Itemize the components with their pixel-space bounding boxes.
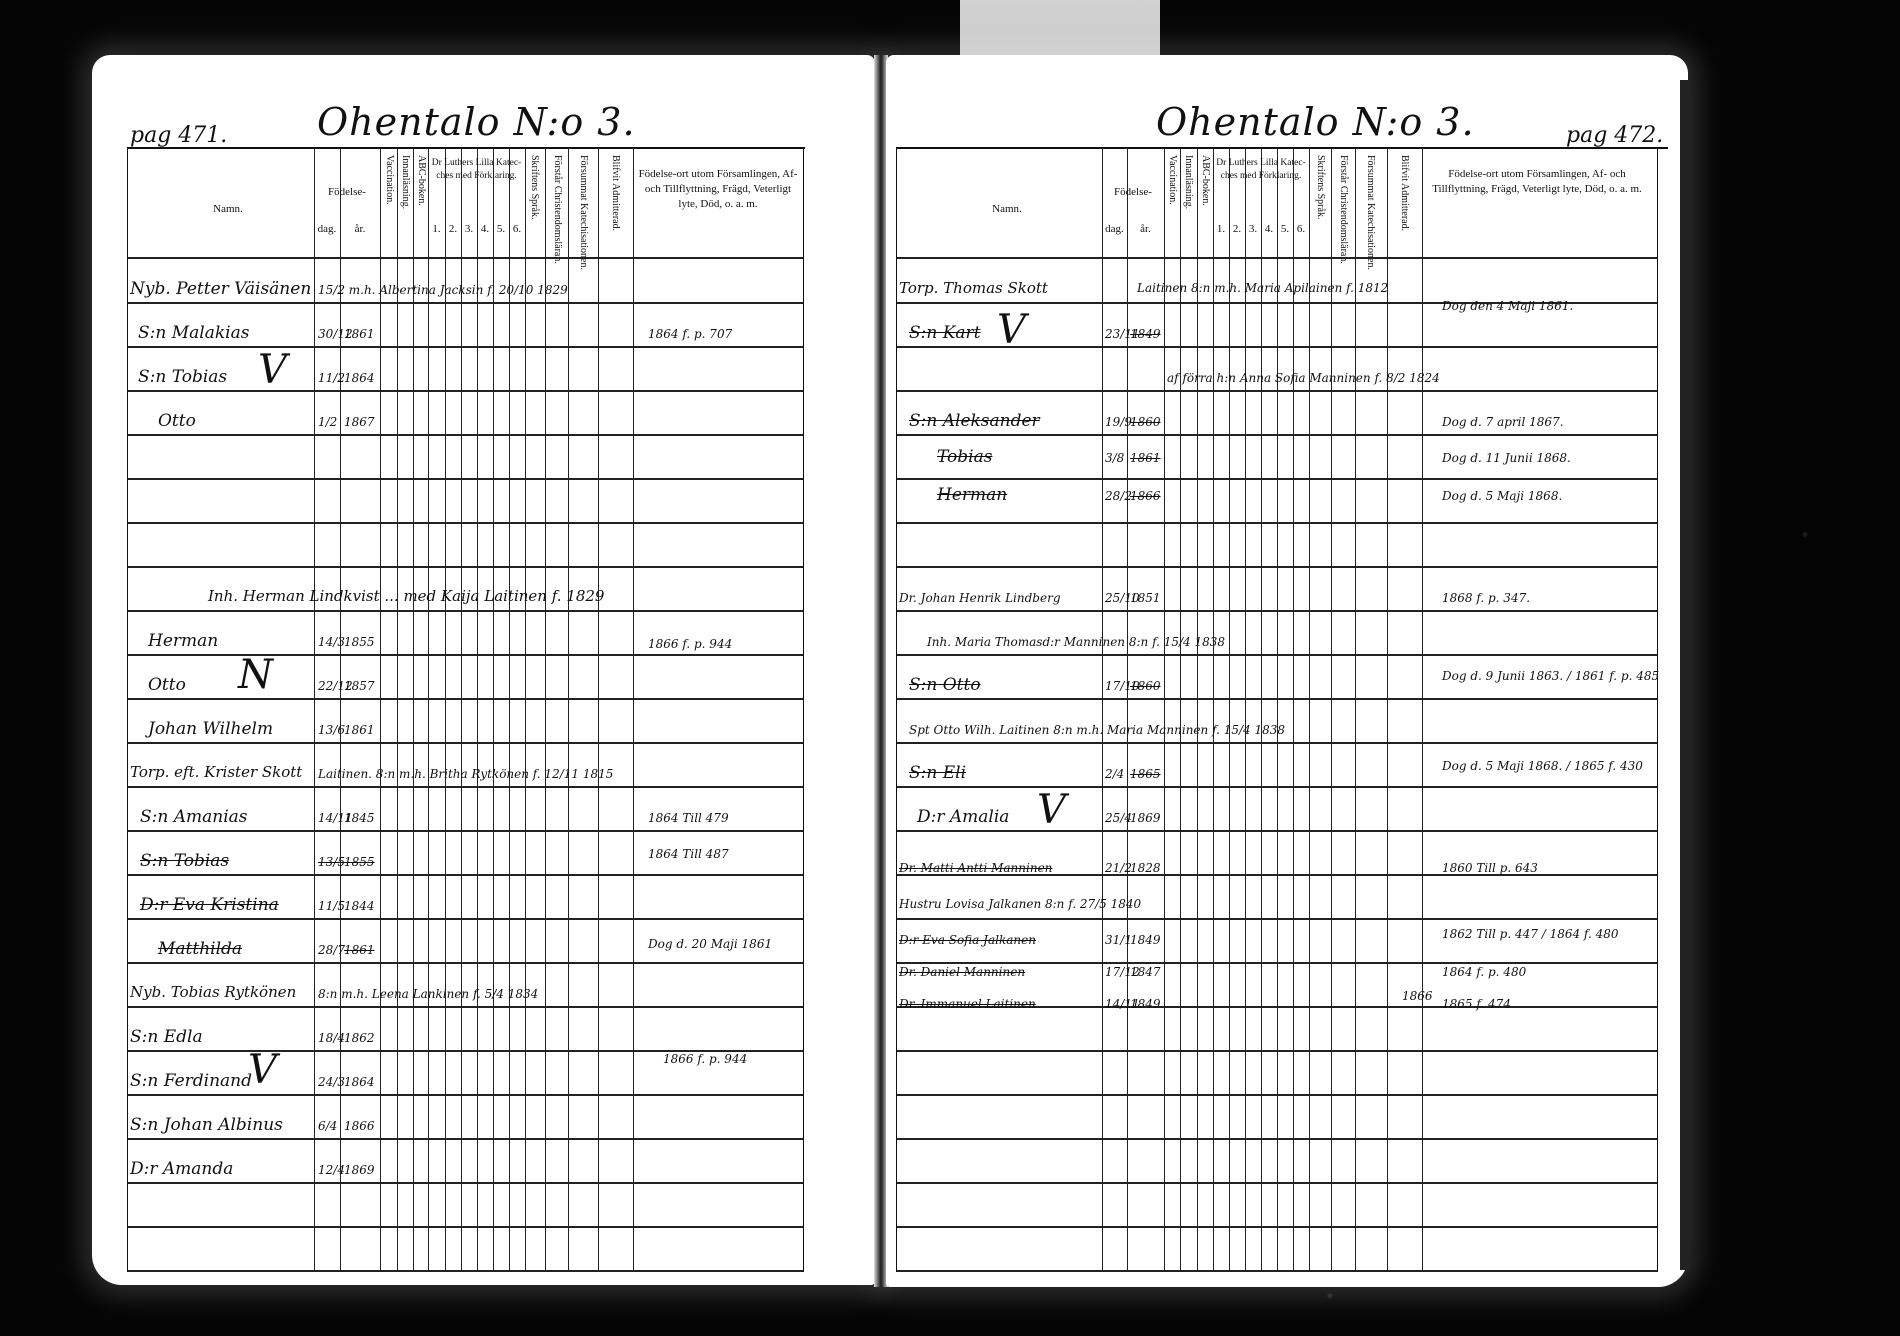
- birth-day: 24/3: [318, 1075, 345, 1089]
- birth-year: 1861: [1130, 451, 1161, 465]
- register-row: Inh. Herman Lindkvist ... med Kaija Lait…: [208, 587, 604, 605]
- check-mark-icon: V: [258, 347, 287, 393]
- birth-day: 13/5: [318, 855, 345, 869]
- header-luther-5: 5.: [493, 222, 509, 237]
- register-row: Otto: [158, 411, 196, 431]
- header-luther: Dr Luthers Lilla Katec-ches med Förklari…: [1213, 157, 1309, 183]
- row-inline-note: Laitinen 8:n m.h. Maria Apilainen f. 181…: [1137, 281, 1388, 295]
- header-forsummat: Försummat Katechisationen.: [1365, 155, 1376, 270]
- header-vaccination: Vaccination.: [384, 155, 395, 205]
- register-row: S:n Edla: [130, 1027, 203, 1047]
- birth-day: 13/6: [318, 723, 345, 737]
- row-note: 1862 Till p. 447 / 1864 f. 480: [1442, 927, 1618, 941]
- birth-year: 1864: [344, 371, 375, 385]
- header-innanlasning: Innanläsning.: [1183, 155, 1194, 209]
- birth-day: 12/4: [318, 1163, 345, 1177]
- birth-day: 11/5: [318, 899, 345, 913]
- register-row: S:n Kart: [909, 323, 981, 343]
- birth-year: 1861: [344, 943, 375, 957]
- header-notes: Födelse-ort utom Församlingen, Af- och T…: [1427, 167, 1647, 197]
- birth-year: 1855: [344, 635, 375, 649]
- birth-year: 1855: [344, 855, 375, 869]
- row-note: Dog d. 20 Maji 1861: [648, 937, 772, 951]
- birth-year: 1860: [1130, 679, 1161, 693]
- header-innanlasning: Innanläsning.: [400, 155, 411, 209]
- left-page-number: pag 471.: [130, 123, 227, 148]
- birth-year: 1845: [344, 811, 375, 825]
- row-note: Dog d. 5 Maji 1868.: [1442, 489, 1562, 503]
- header-blifvit: Blifvit Admitterad.: [1399, 155, 1410, 231]
- header-day: dag.: [314, 222, 340, 237]
- row-note: Dog d. 5 Maji 1868. / 1865 f. 430: [1442, 759, 1643, 773]
- register-row: Johan Wilhelm: [148, 719, 273, 739]
- register-row: S:n Eli: [909, 763, 966, 783]
- left-village-heading: Ohentalo N:o 3.: [317, 100, 636, 144]
- row-note: 1865 f. 474: [1442, 997, 1511, 1011]
- birth-day: 28/7: [318, 943, 345, 957]
- register-row: Inh. Maria Thomasd:r Manninen 8:n f. 15/…: [927, 635, 1225, 649]
- header-forstar: Förstår Christendomsläran.: [1338, 155, 1349, 264]
- register-row: af förra h:n Anna Sofia Manninen f. 8/2 …: [1167, 371, 1440, 385]
- register-row: Dr. Johan Henrik Lindberg: [899, 591, 1061, 605]
- right-page-number: pag 472.: [1566, 123, 1663, 148]
- birth-year: 1869: [344, 1163, 375, 1177]
- birth-year: 1849: [1130, 933, 1161, 947]
- register-row: D:r Eva Sofia Jalkanen: [899, 933, 1036, 947]
- birth-year: 1862: [344, 1031, 375, 1045]
- register-row: S:n Otto: [909, 675, 981, 695]
- header-name: Namn.: [937, 202, 1077, 217]
- left-register-table: Namn. Födelse- dag. år. Vaccination. Inn…: [127, 147, 804, 1272]
- register-row: S:n Amanias: [140, 807, 248, 827]
- header-luther-3: 3.: [1245, 222, 1261, 237]
- right-page: Ohentalo N:o 3. pag 472. Namn. Födelse- …: [886, 55, 1688, 1287]
- row-note: 1864 f. p. 480: [1442, 965, 1526, 979]
- header-luther: Dr Luthers Lilla Katec-ches med Förklari…: [428, 157, 525, 183]
- birth-day: 1/2: [318, 415, 337, 429]
- register-row: Dr. Matti Antti Manninen: [899, 861, 1052, 875]
- header-luther-1: 1.: [428, 222, 445, 237]
- row-note: 1864 Till 479: [648, 811, 729, 825]
- header-name: Namn.: [168, 202, 288, 217]
- birth-year: 1860: [1130, 415, 1161, 429]
- birth-day: 14/3: [318, 635, 345, 649]
- register-row: S:n Ferdinand: [130, 1071, 252, 1091]
- birth-day: 2/4: [1105, 767, 1124, 781]
- birth-day: 6/4: [318, 1119, 337, 1133]
- right-register-table: Namn. Födelse- dag. år. Vaccination. Inn…: [896, 147, 1658, 1272]
- birth-year: 1861: [344, 723, 375, 737]
- register-row: Otto: [148, 675, 186, 695]
- row-note: 1868 f. p. 347.: [1442, 591, 1530, 605]
- check-mark-icon: N: [238, 652, 273, 698]
- header-vaccination: Vaccination.: [1167, 155, 1178, 205]
- header-forsummat: Försummat Katechisationen.: [578, 155, 589, 270]
- row-inline-note: Laitinen. 8:n m.h. Britha Rytkönen f. 12…: [318, 767, 613, 781]
- header-luther-3: 3.: [461, 222, 477, 237]
- header-luther-6: 6.: [1293, 222, 1309, 237]
- register-row: S:n Aleksander: [909, 411, 1040, 431]
- row-note: 1866 f. p. 944: [648, 637, 732, 651]
- birth-year: 1849: [1130, 327, 1161, 341]
- register-row: Hustru Lovisa Jalkanen 8:n f. 27/5 1840: [899, 897, 1141, 911]
- register-row: Torp. eft. Krister Skott: [130, 763, 302, 781]
- header-birth: Födelse-: [1102, 185, 1164, 200]
- check-mark-icon: V: [997, 307, 1026, 353]
- birth-year: 1869: [1130, 811, 1161, 825]
- right-village-heading: Ohentalo N:o 3.: [1156, 100, 1475, 144]
- check-mark-icon: V: [248, 1047, 277, 1093]
- header-day: dag.: [1102, 222, 1127, 237]
- check-mark-icon: V: [1037, 787, 1066, 833]
- header-abc: ABC-boken.: [416, 155, 427, 206]
- row-note: Dog den 4 Maji 1861.: [1442, 299, 1573, 313]
- birth-year: 1866: [344, 1119, 375, 1133]
- birth-year: 1857: [344, 679, 375, 693]
- birth-year: 1851: [1130, 591, 1161, 605]
- birth-day: 3/8: [1105, 451, 1124, 465]
- header-year: år.: [1127, 222, 1164, 237]
- row-note: Dog d. 11 Junii 1868.: [1442, 451, 1571, 465]
- birth-year: 1865: [1130, 767, 1161, 781]
- birth-day: 25/4: [1105, 811, 1132, 825]
- birth-year: 1866: [1130, 489, 1161, 503]
- header-notes: Födelse-ort utom Församlingen, Af- och T…: [638, 167, 798, 212]
- register-row: Tobias: [937, 447, 992, 467]
- register-row: S:n Johan Albinus: [130, 1115, 283, 1135]
- birth-year: 1864: [344, 1075, 375, 1089]
- row-note: 1866 f. p. 944: [663, 1052, 747, 1066]
- birth-year: 1849: [1130, 997, 1161, 1011]
- register-row: Nyb. Petter Väisänen: [130, 279, 311, 299]
- register-row: Herman: [937, 485, 1007, 505]
- birth-day: 19/9: [1105, 415, 1132, 429]
- row-note: Dog d. 7 april 1867.: [1442, 415, 1564, 429]
- birth-day: 18/4: [318, 1031, 345, 1045]
- register-row: Dr. Daniel Manninen: [899, 965, 1025, 979]
- row-note: 1864 Till 487: [648, 847, 729, 861]
- header-skriftens: Skriftens Språk.: [529, 155, 540, 219]
- header-luther-6: 6.: [509, 222, 525, 237]
- header-luther-1: 1.: [1213, 222, 1229, 237]
- register-row: Herman: [148, 631, 218, 651]
- header-year: år.: [340, 222, 380, 237]
- birth-day: 11/2: [318, 371, 345, 385]
- header-birth: Födelse-: [314, 185, 380, 200]
- birth-day: 31/1: [1105, 933, 1132, 947]
- register-row: S:n Tobias: [140, 851, 229, 871]
- header-luther-2: 2.: [1229, 222, 1245, 237]
- register-row: Nyb. Tobias Rytkönen: [130, 983, 296, 1001]
- register-row: Matthilda: [158, 939, 242, 959]
- row-inline-note: 15/2 m.h. Albertina Jacksin f. 20/10 182…: [318, 283, 568, 297]
- row-note: Dog d. 9 Junii 1863. / 1861 f. p. 485: [1442, 669, 1659, 683]
- header-forstar: Förstår Christendomsläran.: [552, 155, 563, 264]
- header-luther-4: 4.: [477, 222, 493, 237]
- left-page: pag 471. Ohentalo N:o 3. Namn. Födelse- …: [92, 55, 875, 1285]
- header-abc: ABC-boken.: [1200, 155, 1211, 206]
- register-row: D:r Amalia: [917, 807, 1009, 827]
- register-row: D:r Amanda: [130, 1159, 233, 1179]
- register-row: S:n Tobias: [138, 367, 227, 387]
- row-inline-note: 8:n m.h. Leena Lankinen f. 5/4 1834: [318, 987, 538, 1001]
- birth-year: 1844: [344, 899, 375, 913]
- register-row: Spt Otto Wilh. Laitinen 8:n m.h. Maria M…: [909, 723, 1285, 737]
- birth-day: 28/2: [1105, 489, 1132, 503]
- register-row: Torp. Thomas Skott: [899, 279, 1048, 297]
- register-row: S:n Malakias: [138, 323, 249, 343]
- book-edge: [1680, 80, 1690, 1270]
- header-luther-4: 4.: [1261, 222, 1277, 237]
- birth-year: 1847: [1130, 965, 1161, 979]
- row-note: 1860 Till p. 643: [1442, 861, 1538, 875]
- header-luther-2: 2.: [445, 222, 461, 237]
- birth-year: 1867: [344, 415, 375, 429]
- row-extra-year: 1866: [1402, 989, 1433, 1003]
- birth-day: 21/2: [1105, 861, 1132, 875]
- header-skriftens: Skriftens Språk.: [1315, 155, 1326, 219]
- row-note: 1864 f. p. 707: [648, 327, 732, 341]
- register-row: D:r Eva Kristina: [140, 895, 279, 915]
- header-luther-5: 5.: [1277, 222, 1293, 237]
- header-blifvit: Blifvit Admitterad.: [610, 155, 621, 231]
- birth-year: 1828: [1130, 861, 1161, 875]
- register-row: Dr. Immanuel Laitinen: [899, 997, 1036, 1011]
- birth-year: 1861: [344, 327, 375, 341]
